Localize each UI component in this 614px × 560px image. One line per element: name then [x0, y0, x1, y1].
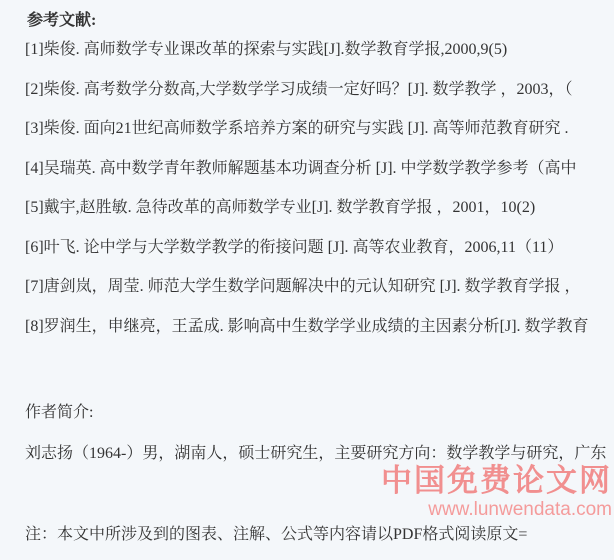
reference-item-5: [5]戴宇,赵胜敏. 急待改革的高师数学专业[J]. 数学教育学报 ，2001，… [25, 188, 614, 228]
references-heading: 参考文献: [27, 7, 96, 30]
references-list: [1]柴俊. 高师数学专业课改革的探索与实践[J].数学教育学报,2000,9(… [25, 30, 614, 346]
footer-note: 注：本文中所涉及到的图表、注解、公式等内容请以PDF格式阅读原文= [25, 521, 614, 544]
author-bio: 刘志扬（1964-）男，湖南人，硕士研究生，主要研究方向：数学教学与研究，广东 [25, 440, 614, 463]
watermark-url: www.lunwendata.com [381, 500, 612, 519]
reference-item-6: [6]叶飞. 论中学与大学数学教学的衔接问题 [J]. 高等农业教育，2006,… [25, 228, 614, 268]
document-page: 参考文献: [1]柴俊. 高师数学专业课改革的探索与实践[J].数学教育学报,2… [0, 0, 614, 560]
author-section-heading: 作者简介: [25, 399, 93, 422]
author-bio-wrap: 刘志扬（1964-）男，湖南人，硕士研究生，主要研究方向：数学教学与研究，广东 [25, 440, 614, 463]
reference-item-4: [4]吴瑞英. 高中数学青年教师解题基本功调查分析 [J]. 中学数学教学参考（… [25, 149, 614, 189]
reference-item-2: [2]柴俊. 高考数学分数高,大学数学学习成绩一定好吗？[J]. 数学教学 ，2… [25, 70, 614, 110]
reference-item-8: [8]罗润生，申继亮，王孟成. 影响高中生数学学业成绩的主因素分析[J]. 数学… [25, 307, 614, 347]
watermark-logo-text: 中国免费论文网 [381, 465, 612, 496]
reference-item-1: [1]柴俊. 高师数学专业课改革的探索与实践[J].数学教育学报,2000,9(… [25, 30, 614, 70]
watermark: 中国免费论文网 www.lunwendata.com [381, 465, 612, 519]
reference-item-3: [3]柴俊. 面向21世纪高师数学系培养方案的研究与实践 [J]. 高等师范教育… [25, 109, 614, 149]
reference-item-7: [7]唐剑岚，周莹. 师范大学生数学问题解决中的元认知研究 [J]. 数学教育学… [25, 267, 614, 307]
footer-note-wrap: 注：本文中所涉及到的图表、注解、公式等内容请以PDF格式阅读原文= [25, 521, 614, 544]
